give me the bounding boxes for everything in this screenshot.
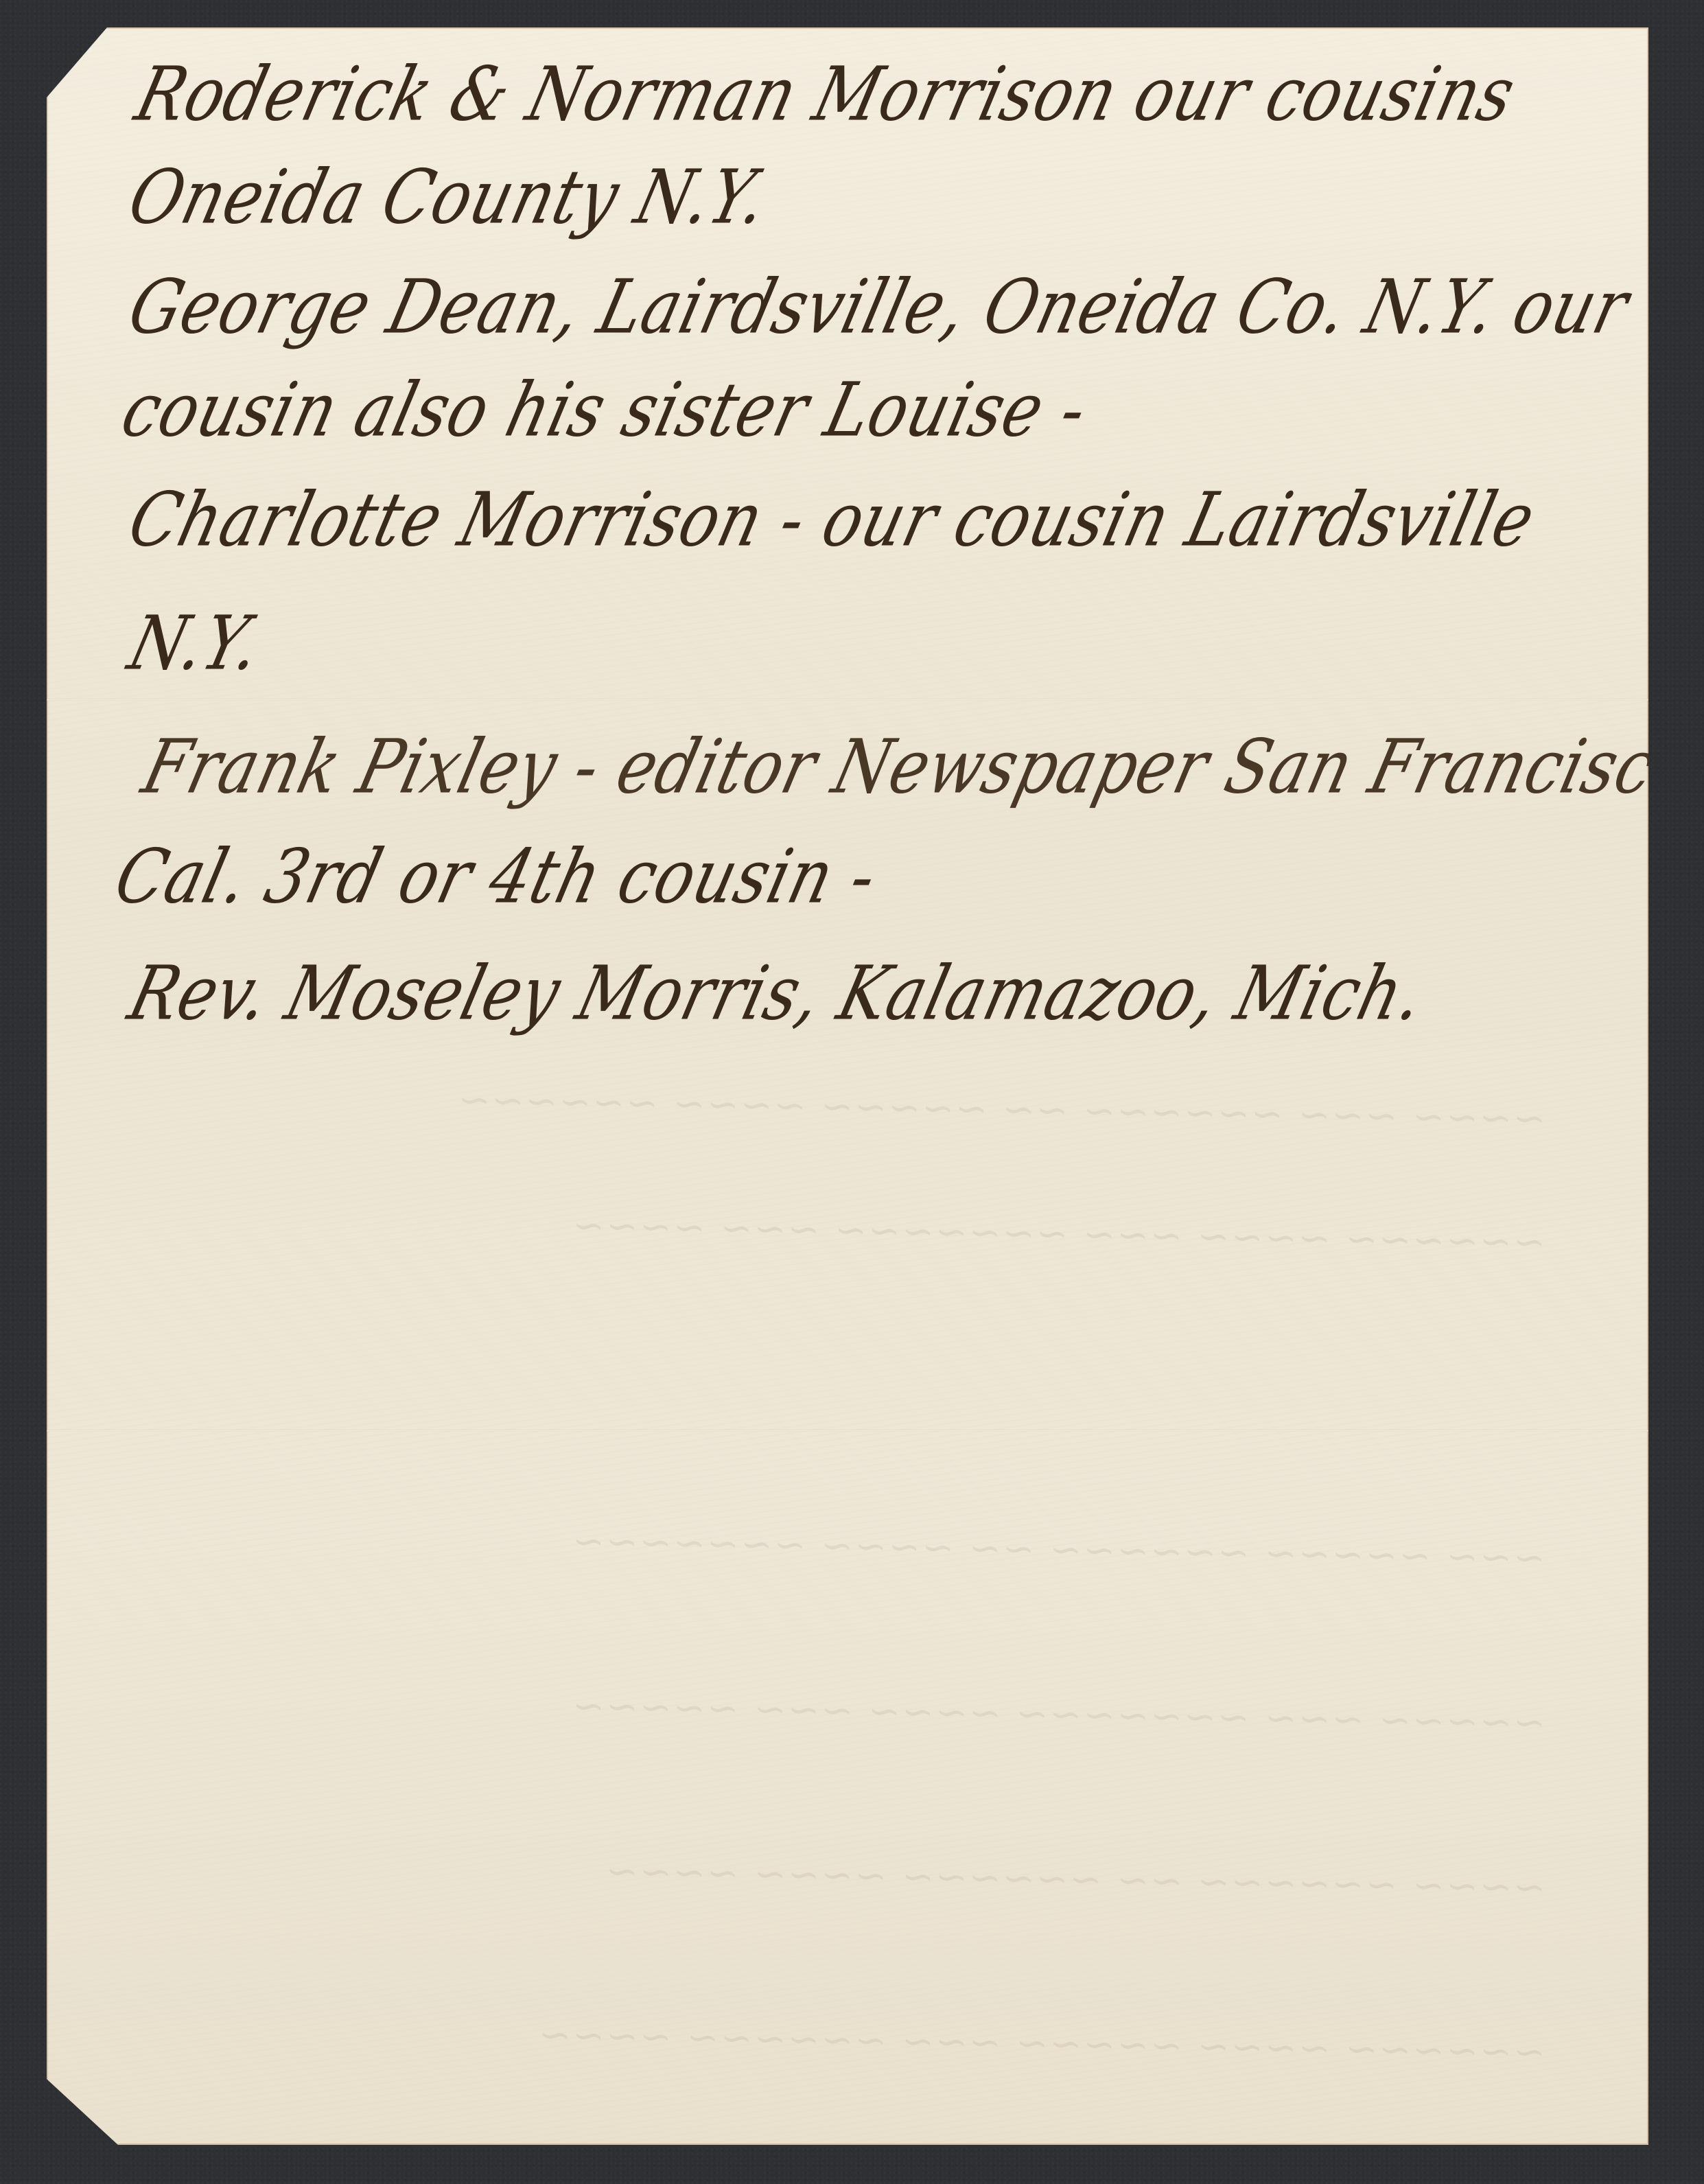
handwritten-line: Charlotte Morrison - our cousin Lairdsvi… bbox=[122, 483, 1542, 557]
handwritten-line: cousin also his sister Louise - bbox=[115, 373, 1094, 448]
handwritten-line: N.Y. bbox=[122, 606, 268, 681]
handwritten-line: Frank Pixley - editor Newspaper San Fran… bbox=[136, 730, 1701, 804]
archival-mount-background: ~~~~ ~~~ ~~~~~~ ~~ ~~~~~ ~~~~ ~~~~~~ ~~~… bbox=[0, 0, 1704, 2184]
handwritten-line: Rev. Moseley Morris, Kalamazoo, Mich. bbox=[122, 956, 1432, 1031]
manuscript-page: ~~~~ ~~~ ~~~~~~ ~~ ~~~~~ ~~~~ ~~~~~~ ~~~… bbox=[47, 27, 1648, 2145]
handwritten-line: Cal. 3rd or 4th cousin - bbox=[108, 839, 884, 914]
handwritten-line: George Dean, Lairdsville, Oneida Co. N.Y… bbox=[122, 270, 1635, 345]
handwritten-text: Roderick & Norman Morrison our cousins O… bbox=[47, 27, 1648, 2145]
handwritten-line: Roderick & Norman Morrison our cousins bbox=[129, 57, 1522, 132]
handwritten-line: Oneida County N.Y. bbox=[122, 160, 775, 235]
